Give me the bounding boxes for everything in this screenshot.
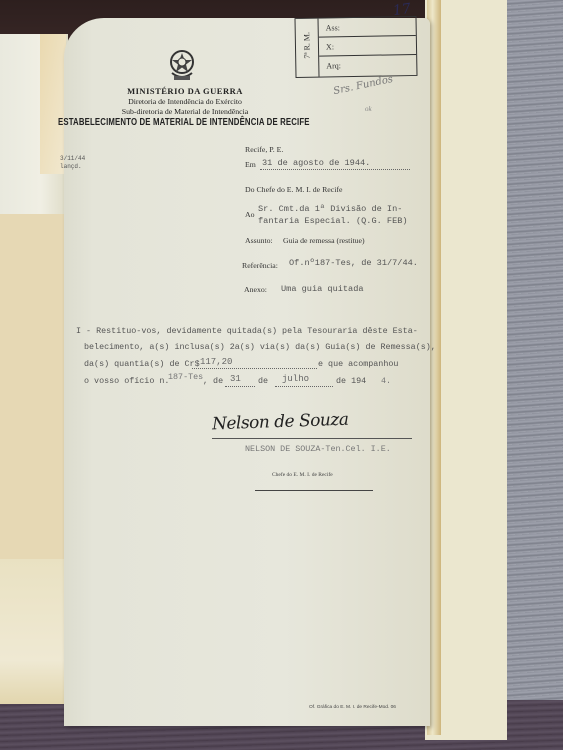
printer-footer: Of. Gráfica do E. M. I. de Recife-Mod. 0… bbox=[309, 705, 396, 710]
recipient-line-1: Sr. Cmt.da 1ª Divisão de In- bbox=[258, 204, 402, 214]
body-line-2: belecimento, a(s) inclusa(s) 2a(s) via(s… bbox=[84, 342, 436, 352]
recipient-line-2: fantaria Especial. (Q.G. FEB) bbox=[258, 216, 408, 226]
subject-value: Guia de remessa (restitue) bbox=[283, 236, 365, 245]
coat-of-arms-icon bbox=[167, 47, 197, 83]
signatory-title: Chefe do E. M. I. de Recife bbox=[272, 472, 333, 478]
pencil-mark: ok bbox=[365, 105, 372, 113]
body-line-1: I - Restituo-vos, devidamente quitada(s)… bbox=[76, 326, 418, 336]
office-number: 187-Tes bbox=[168, 372, 203, 382]
year-suffix: 4. bbox=[381, 376, 391, 386]
body-line-3-suffix: e que acompanhou bbox=[318, 359, 398, 369]
stamp-row-x: X: bbox=[319, 36, 416, 57]
desk-background-right bbox=[507, 0, 563, 750]
sender-line: Do Chefe do E. M. I. de Recife bbox=[245, 185, 342, 194]
letterhead-subdirectorate: Sub-diretoria de Material de Intendência bbox=[60, 107, 310, 116]
amount-value: 117,20 bbox=[200, 357, 232, 367]
margin-note: 3/11/44 lançd. bbox=[60, 155, 85, 171]
letterhead-establishment: ESTABELECIMENTO DE MATERIAL DE INTENDÊNC… bbox=[58, 117, 261, 128]
stamp-row-ass: Ass: bbox=[318, 17, 415, 38]
subject-label: Assunto: bbox=[245, 236, 273, 245]
body-line-4-prefix: o vosso ofício n. bbox=[84, 376, 169, 386]
body-line-4-de3: de 194 bbox=[336, 376, 366, 386]
signatory-typed-name: NELSON DE SOUZA-Ten.Cel. I.E. bbox=[245, 444, 391, 454]
month-value: julho bbox=[282, 374, 309, 384]
annex-label: Anexo: bbox=[244, 285, 267, 294]
stamp-region-label: 7ª R. M. bbox=[302, 20, 312, 70]
bottom-sheet bbox=[0, 559, 66, 704]
date-label: Em bbox=[245, 160, 256, 169]
letterhead-directorate: Diretoria de Intendência do Exército bbox=[60, 97, 310, 106]
day-value: 31 bbox=[230, 374, 241, 384]
reference-value: Of.nº187-Tes, de 31/7/44. bbox=[289, 258, 418, 268]
body-line-4-de2: de bbox=[258, 376, 268, 386]
body-line-3-prefix: da(s) quantia(s) de Cr$ bbox=[84, 359, 200, 369]
tan-sheet bbox=[0, 214, 66, 559]
stamp-row-arq: Arq: bbox=[319, 55, 416, 76]
letterhead-ministry: MINISTÉRIO DA GUERRA bbox=[60, 86, 310, 96]
place-line: Recife, P. E. bbox=[245, 145, 283, 154]
registry-stamp: 7ª R. M. Ass: X: Arq: bbox=[294, 16, 417, 78]
body-line-4-de: , de bbox=[203, 376, 223, 386]
left-paper-stack bbox=[0, 34, 68, 704]
back-sheet bbox=[425, 0, 507, 740]
annex-value: Uma guia quitada bbox=[281, 284, 364, 294]
reference-label: Referência: bbox=[242, 261, 278, 270]
signature-rule bbox=[255, 490, 373, 491]
recipient-label: Ao bbox=[245, 210, 255, 219]
date-value: 31 de agosto de 1944. bbox=[262, 158, 370, 168]
